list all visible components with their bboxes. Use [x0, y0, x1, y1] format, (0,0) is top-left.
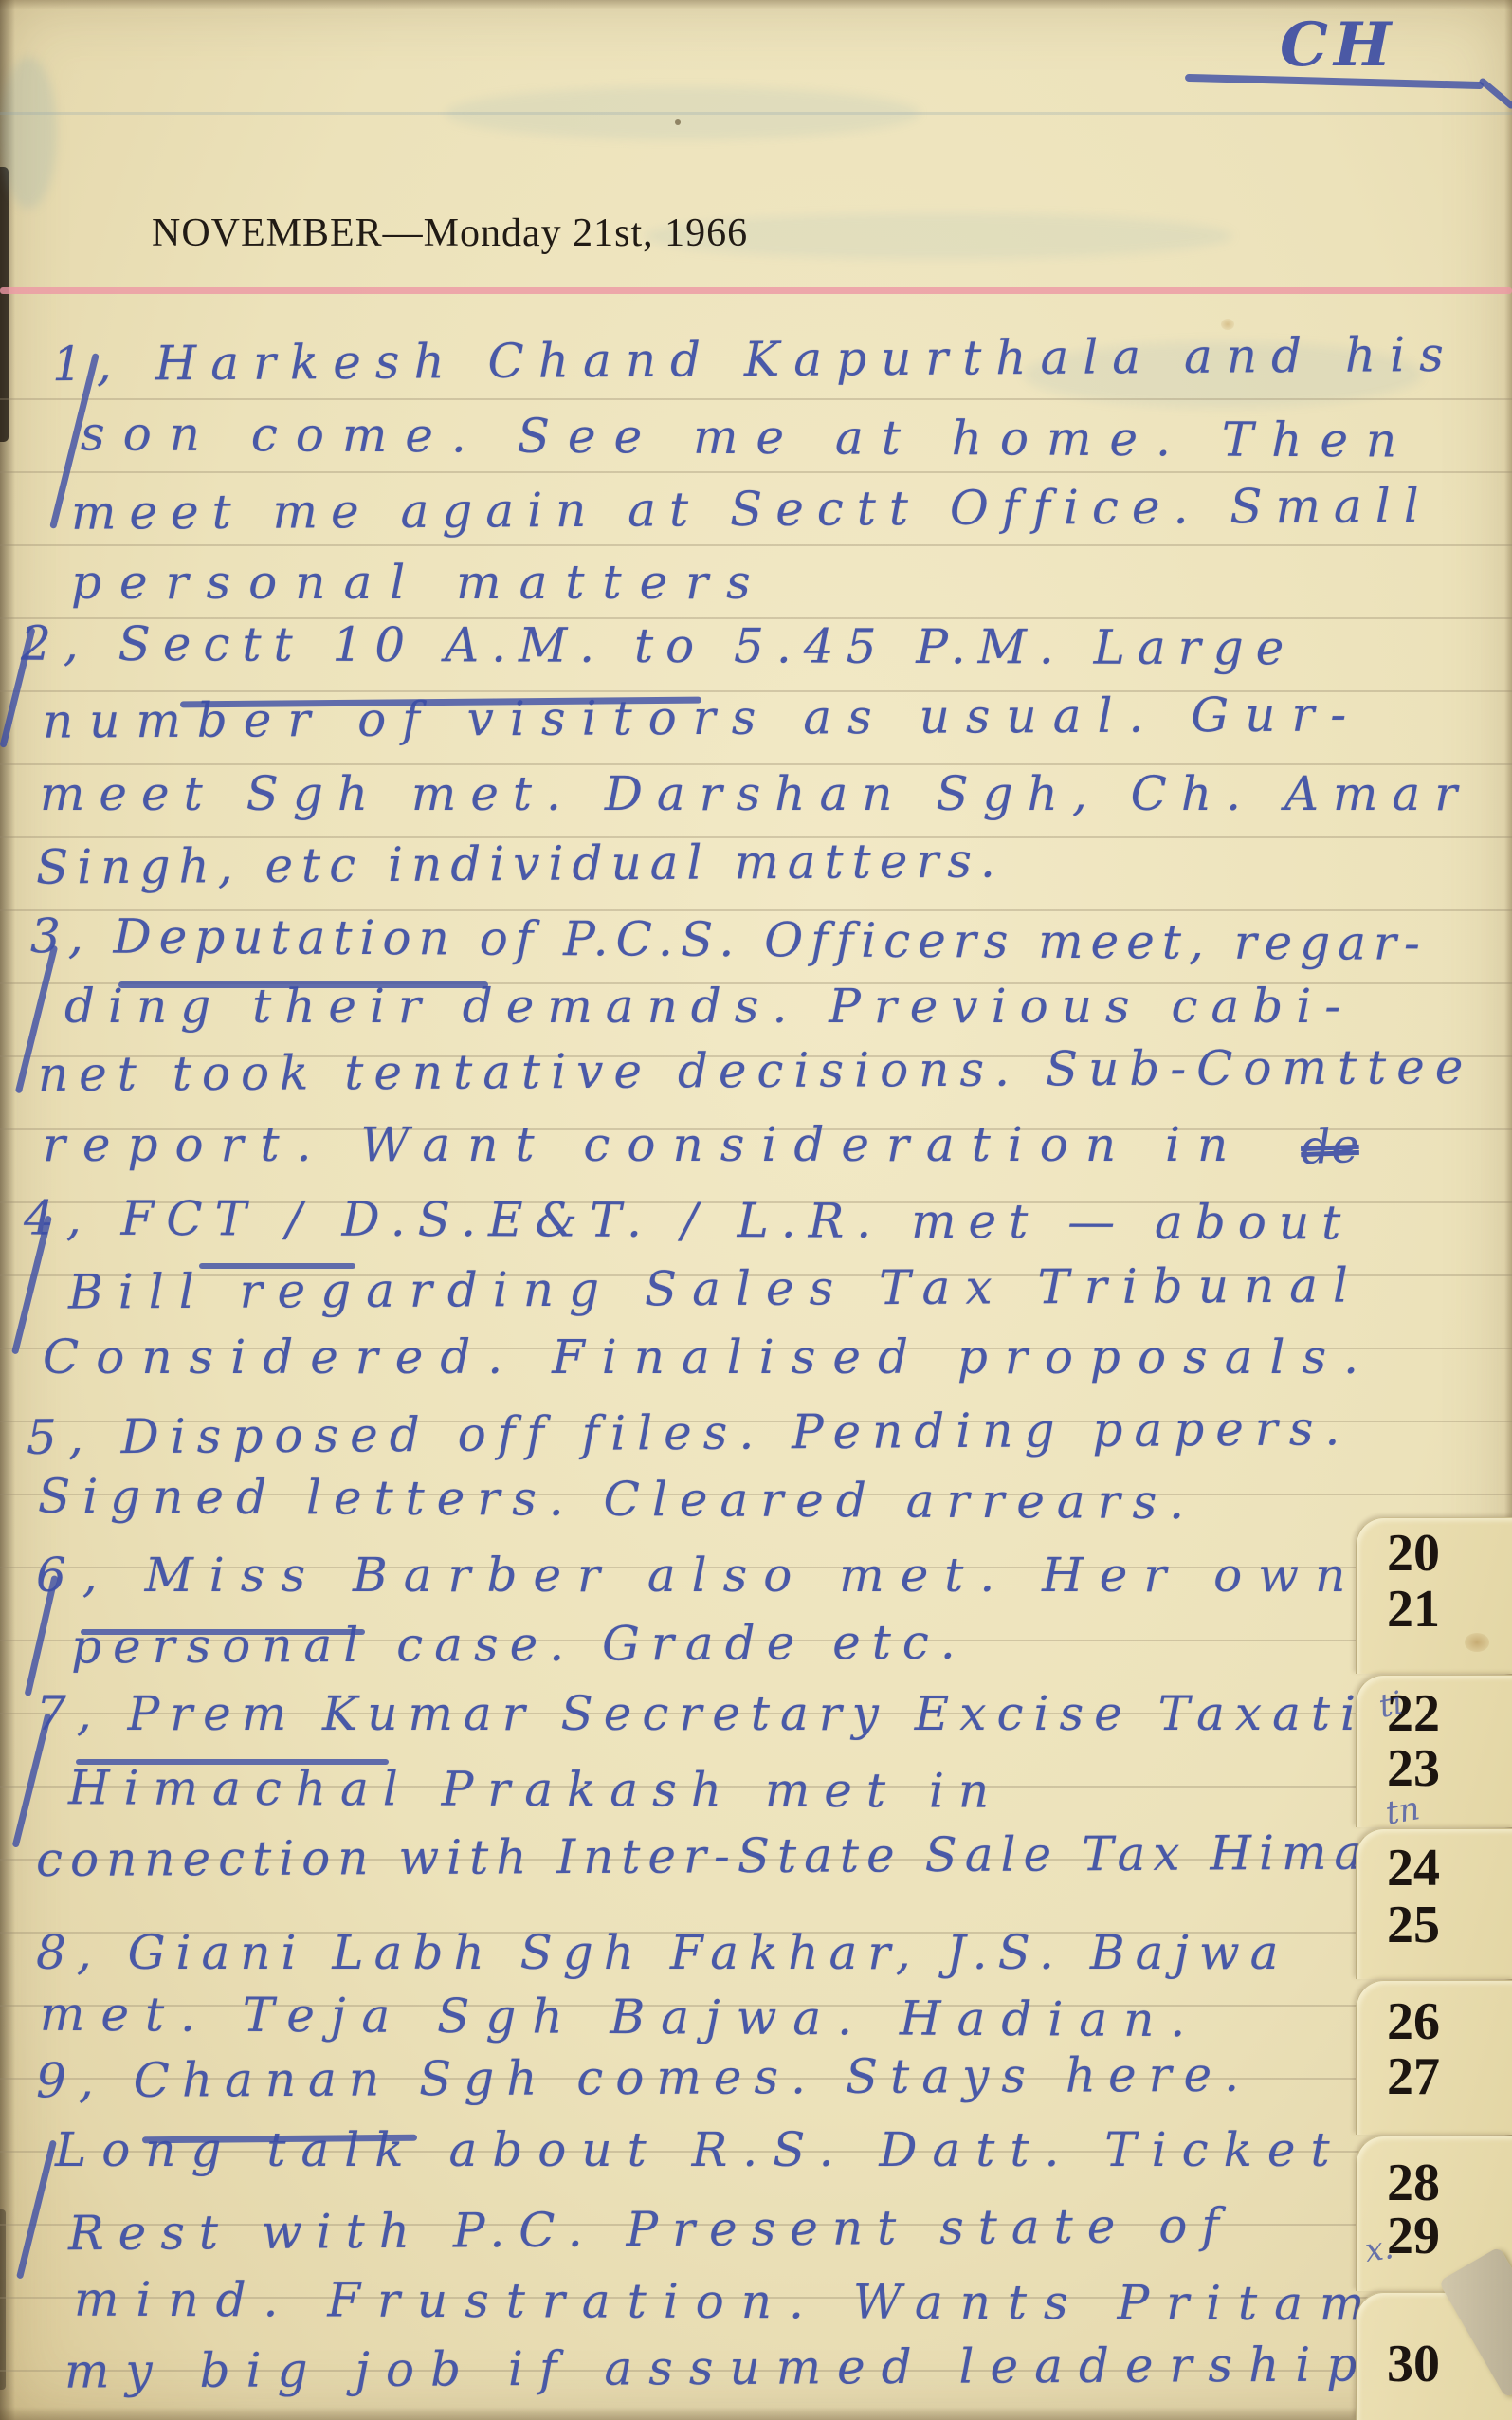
handwritten-line: personal case. Grade etc.	[71, 1615, 967, 1675]
handwritten-line: Long talk about R.S. Datt. Ticket	[55, 2122, 1345, 2177]
handwritten-line: 5, Disposed off files. Pending papers.	[27, 1401, 1352, 1465]
showthrough-rule	[0, 112, 1512, 115]
handwritten-line: number of visitors as usual. Gur-	[43, 687, 1362, 748]
handwritten-line: personal matters	[71, 555, 769, 610]
handwritten-line: net took tentative decisions. Sub-Comtte…	[38, 1039, 1474, 1102]
handwritten-line: 1, Harkesh Chand Kapurthala and his	[52, 327, 1458, 392]
handwritten-line: Singh, etc individual matters.	[36, 833, 1004, 894]
header-rule	[0, 287, 1512, 294]
handwritten-line: 9, Chanan Sgh comes. Stays here.	[36, 2047, 1251, 2109]
handwritten-line: 7, Prem Kumar Secretary Excise Taxation	[36, 1686, 1446, 1741]
ink-underline	[81, 1629, 365, 1635]
tab-number: 23	[1373, 1742, 1454, 1795]
handwritten-line: 2, Sectt 10 A.M. to 5.45 P.M. Large	[21, 616, 1296, 676]
handwritten-line: mind. Frustration. Wants Pritam	[74, 2272, 1382, 2332]
tab-number: 28	[1373, 2156, 1454, 2209]
handwritten-line: meet me again at Sectt Office. Small	[71, 478, 1432, 541]
tab-number: 26	[1373, 1995, 1454, 2048]
tab-number: 24	[1373, 1842, 1454, 1895]
struck-out-word: de	[1300, 1118, 1360, 1175]
handwritten-line: connection with Inter-State Sale Tax Him…	[36, 1824, 1502, 1887]
paper-stain	[1465, 1633, 1489, 1652]
corner-initials: CH	[1280, 9, 1396, 81]
ink-overflow-mark: tn	[1383, 1789, 1423, 1833]
page-top-shadow	[0, 0, 1512, 9]
handwritten-line: Rest with P.C. Present state of	[68, 2198, 1233, 2262]
paper-stain	[1221, 319, 1234, 330]
ink-underline	[76, 1759, 389, 1765]
handwritten-line: met. Teja Sgh Bajwa. Hadian.	[40, 1987, 1202, 2047]
ink-showthrough	[0, 57, 57, 209]
handwritten-line: 6, Miss Barber also met. Her own	[36, 1548, 1361, 1603]
paper-fleck	[675, 119, 681, 125]
ink-overflow-mark: x.	[1362, 2228, 1395, 2270]
diary-page: NOVEMBER—Monday 21st, 1966 CH 1, Harkesh…	[0, 0, 1512, 2420]
ink-underline	[199, 1263, 355, 1269]
handwritten-line: my big job if assumed leadership	[64, 2337, 1374, 2398]
tab-number: 30	[1373, 2337, 1454, 2391]
tab-number: 27	[1373, 2050, 1454, 2103]
tab-number: 25	[1373, 1898, 1454, 1952]
handwritten-line: 8, Giani Labh Sgh Fakhar, J.S. Bajwa	[36, 1925, 1289, 1980]
tab-number: 20	[1373, 1527, 1454, 1580]
handwritten-line: son come. See me at home. Then	[81, 406, 1415, 467]
handwritten-line: Signed letters. Cleared arrears.	[38, 1469, 1196, 1530]
handwritten-line: Himachal Prakash met in	[68, 1760, 1003, 1818]
handwritten-line: 4, FCT / D.S.E&T. / L.R. met — about	[24, 1191, 1353, 1251]
ink-underline	[118, 981, 488, 988]
tab-number: 21	[1373, 1583, 1454, 1636]
handwritten-line: Considered. Finalised proposals.	[43, 1329, 1375, 1384]
handwritten-line: 3, Deputation of P.C.S. Officers meet, r…	[30, 908, 1428, 971]
handwritten-line: report. Want consideration in	[43, 1117, 1245, 1172]
handwritten-line: meet Sgh met. Darshan Sgh, Ch. Amar	[40, 766, 1471, 821]
page-header-date: NOVEMBER—Monday 21st, 1966	[152, 211, 748, 256]
